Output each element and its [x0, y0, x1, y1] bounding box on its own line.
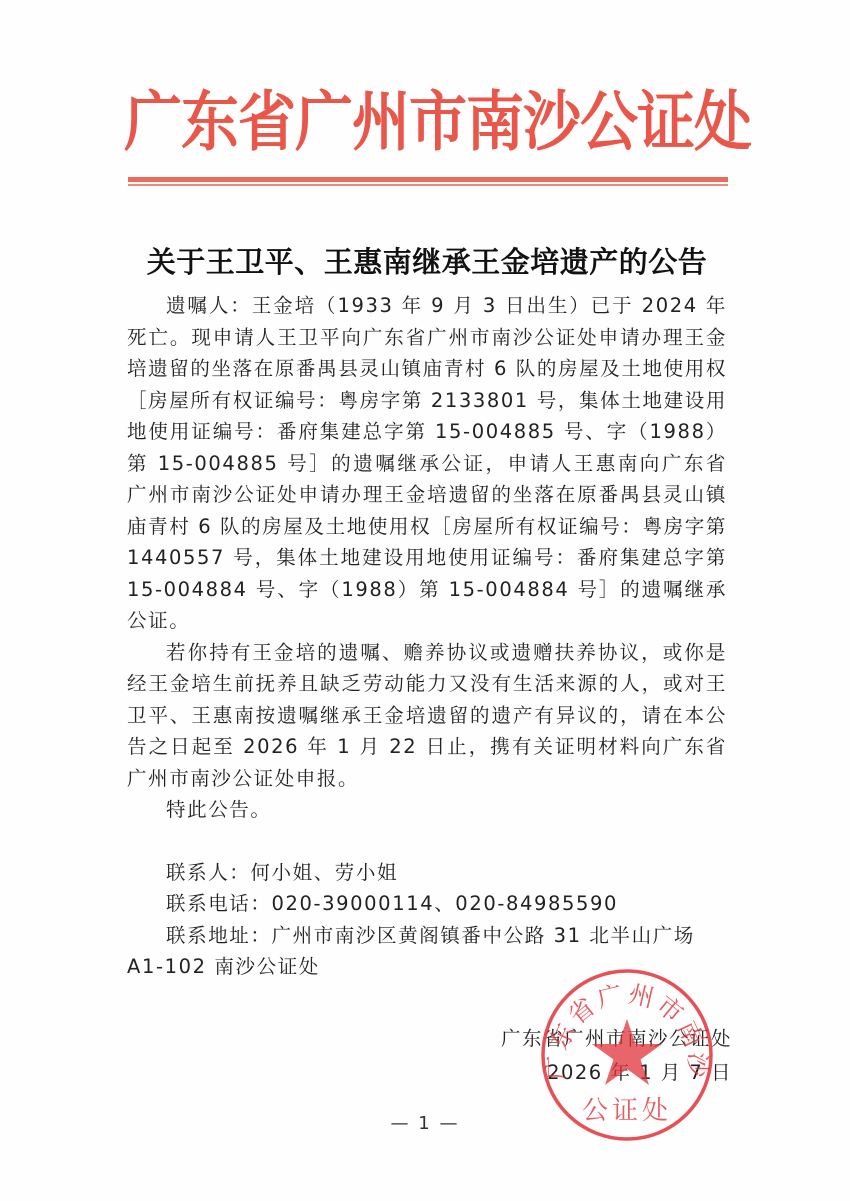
- body-paragraph-closing: 特此公告。: [127, 794, 727, 826]
- signature-organization: 广东省广州市南沙公证处: [470, 1022, 732, 1056]
- body-paragraph-1: 遗嘱人：王金培（1933 年 9 月 3 日出生）已于 2024 年死亡。现申请…: [127, 290, 727, 637]
- document-body: 遗嘱人：王金培（1933 年 9 月 3 日出生）已于 2024 年死亡。现申请…: [127, 290, 727, 983]
- contact-block: 联系人：何小姐、劳小姐 联系电话：020-39000114、020-849855…: [127, 857, 727, 983]
- body-paragraph-2: 若你持有王金培的遗嘱、赡养协议或遗赠扶养协议，或你是经王金培生前抚养且缺乏劳动能…: [127, 637, 727, 795]
- letterhead-title: 广东省广州市南沙公证处: [124, 78, 730, 165]
- contact-address: 联系地址：广州市南沙区黄阁镇番中公路 31 北半山广场 A1-102 南沙公证处: [127, 920, 727, 983]
- letterhead-rule-thin: [128, 184, 728, 186]
- signature-date: 2026 年 1 月 7 日: [470, 1056, 732, 1090]
- signature-block: 广东省广州市南沙公证处 2026 年 1 月 7 日: [470, 1022, 732, 1090]
- document-page: 广东省广州市南沙公证处 关于王卫平、王惠南继承王金培遗产的公告 遗嘱人：王金培（…: [0, 0, 850, 1201]
- letterhead-rule-thick: [128, 177, 728, 182]
- contact-person: 联系人：何小姐、劳小姐: [127, 857, 727, 889]
- page-number: — 1 —: [0, 1113, 850, 1134]
- contact-phone: 联系电话：020-39000114、020-84985590: [127, 888, 727, 920]
- document-title: 关于王卫平、王惠南继承王金培遗产的公告: [122, 240, 732, 281]
